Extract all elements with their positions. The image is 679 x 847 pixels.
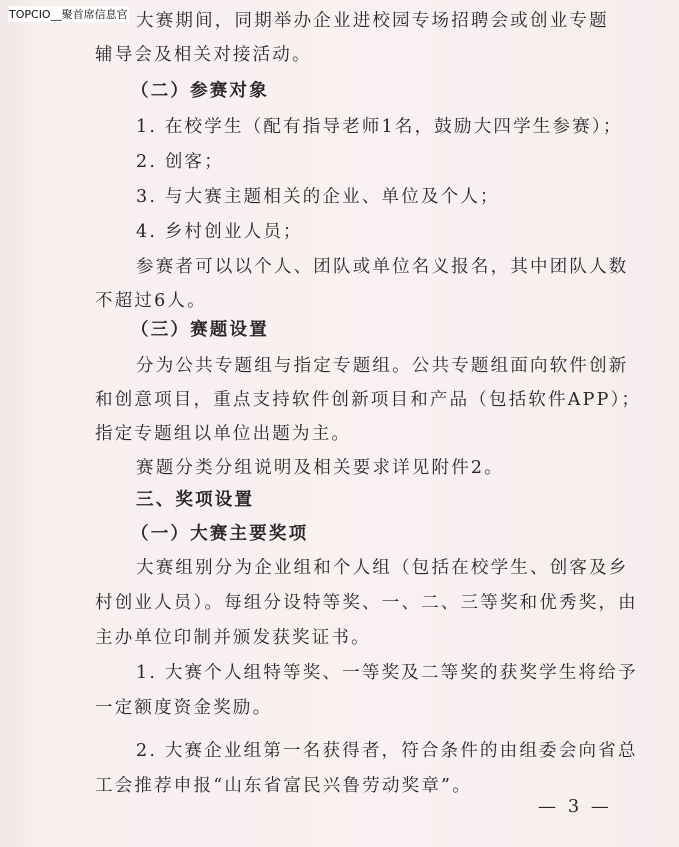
paragraph-line: 不超过6人。	[95, 290, 207, 312]
paragraph-line: 和创意项目，重点支持软件创新项目和产品（包括软件APP）；	[95, 389, 641, 411]
paragraph-line: 1. 在校学生（配有指导老师1名，鼓励大四学生参赛）；	[136, 116, 623, 138]
paragraph-line: 大赛期间，同期举办企业进校园专场招聘会或创业专题	[136, 10, 609, 32]
paragraph-line: 指定专题组以单位出题为主。	[95, 423, 351, 445]
page-number: — 3 —	[538, 796, 612, 817]
paragraph-line: 大赛组别分为企业组和个人组（包括在校学生、创客及乡	[136, 557, 629, 579]
paragraph-line: 3. 与大赛主题相关的企业、单位及个人；	[136, 186, 500, 208]
section-heading: （三）赛题设置	[131, 319, 269, 341]
paragraph-line: 分为公共专题组与指定专题组。公共专题组面向软件创新	[136, 355, 629, 377]
document-page: TOPCIO__聚首席信息官 大赛期间，同期举办企业进校园专场招聘会或创业专题辅…	[0, 0, 679, 847]
paragraph-line: 工会推荐申报“山东省富民兴鲁劳动奖章”。	[95, 775, 472, 797]
paragraph-line: 一定额度资金奖励。	[95, 697, 272, 719]
paragraph-line: 主办单位印制并颁发获奖证书。	[95, 627, 371, 649]
section-heading: （二）参赛对象	[131, 80, 269, 102]
paragraph-line: 2. 大赛企业组第一名获得者，符合条件的由组委会向省总	[136, 740, 638, 762]
paragraph-line: 4. 乡村创业人员；	[136, 221, 303, 243]
paragraph-line: 参赛者可以以个人、团队或单位名义报名，其中团队人数	[136, 256, 629, 278]
paragraph-line: 辅导会及相关对接活动。	[95, 44, 312, 66]
paragraph-line: 赛题分类分组说明及相关要求详见附件2。	[136, 457, 504, 479]
paragraph-line: 村创业人员）。每组分设特等奖、一、二、三等奖和优秀奖，由	[95, 592, 638, 614]
paragraph-line: 1. 大赛个人组特等奖、一等奖及二等奖的获奖学生将给予	[136, 662, 638, 684]
section-heading: （一）大赛主要奖项	[131, 523, 308, 545]
section-heading: 三、奖项设置	[136, 489, 254, 511]
watermark: TOPCIO__聚首席信息官	[8, 6, 129, 22]
paragraph-line: 2. 创客；	[136, 151, 224, 173]
